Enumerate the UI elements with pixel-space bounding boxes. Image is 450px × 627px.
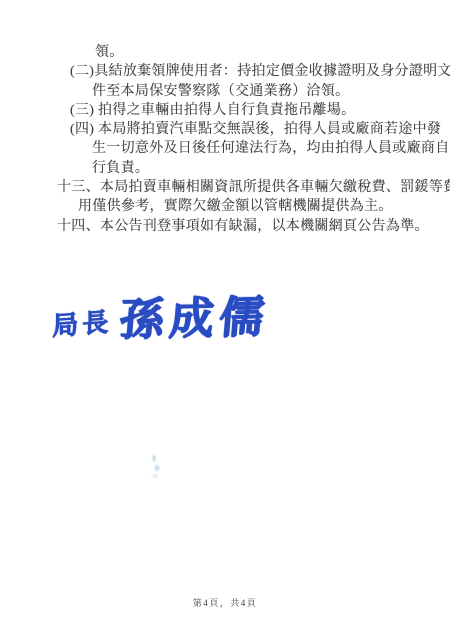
document-page: 領。 (二)具結放棄領牌使用者：持拍定價金收據證明及身分證明文 件至本局保安警察… (0, 0, 450, 627)
document-line: 行負責。 (0, 159, 450, 178)
document-line: 用僅供參考，實際欠繳金額以管轄機關提供為主。 (0, 197, 450, 216)
document-line: 十四、本公告刊登事項如有缺漏，以本機關網頁公告為準。 (0, 217, 450, 236)
document-line: (四) 本局將拍賣汽車點交無誤後，拍得人員或廠商若途中發 (0, 120, 450, 139)
document-line: (二)具結放棄領牌使用者：持拍定價金收據證明及身分證明文 (0, 62, 450, 81)
document-text: 領。 (二)具結放棄領牌使用者：持拍定價金收據證明及身分證明文 件至本局保安警察… (0, 43, 450, 236)
document-line: (三) 拍得之車輛由拍得人自行負責拖吊離場。 (0, 101, 450, 120)
document-line: 件至本局保安警察隊（交通業務）洽領。 (0, 82, 450, 101)
page-footer: 第4頁，共4頁 (0, 596, 450, 609)
page-number-label: 第4頁，共4頁 (193, 598, 258, 608)
document-line: 領。 (0, 43, 450, 62)
document-line: 十三、本局拍賣車輛相關資訊所提供各車輛欠繳稅費、罰鍰等費 (0, 178, 450, 197)
signature-name: 孫成儒 (117, 281, 272, 348)
signature-title: 局長 (52, 301, 112, 342)
scan-smudge-artifact (145, 450, 167, 480)
director-signature-stamp: 局長 孫成儒 (51, 281, 270, 350)
document-line: 生一切意外及日後任何違法行為，均由拍得人員或廠商自 (0, 139, 450, 158)
